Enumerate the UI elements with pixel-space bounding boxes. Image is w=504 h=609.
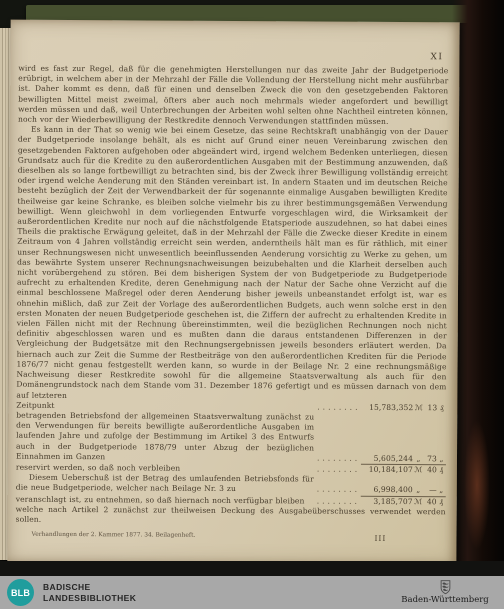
pfennig-symbol: ₰ [437,497,446,507]
dot-leader [317,464,358,474]
mark-symbol: ℳ [413,497,424,507]
amount-group-sum: 3,185,707 ℳ 40 ₰ [361,495,446,507]
ditto-symbol: „ [413,454,424,464]
page-footline: Verhandlungen der 2. Kammer 1877. 34. Be… [31,532,445,544]
pfennig-value: 73 [424,454,437,464]
page-text-block: wird es fast zur Regel, daß für die gene… [16,64,449,528]
library-footer-bar: BLB BADISCHE LANDESBIBLIOTHEK Baden-Würt… [0,576,504,609]
pfennig-symbol: ₰ [437,465,446,475]
amount-group: 15,783,352 ℳ 13 ₰ [361,402,446,413]
state-name: Baden-Württemberg [401,595,489,605]
mark-symbol: ℳ [413,465,424,475]
pfennig-symbol: ₰ [437,403,446,413]
dot-leader [317,485,358,495]
amount-value: 5,605,244 [361,454,413,465]
paragraph-main: Es kann in der That so wenig wie bei ein… [16,125,448,403]
library-name-line2: LANDESBIBLIOTHEK [43,593,136,604]
paragraph-continuation: wird es fast zur Regel, daß für die gene… [18,64,448,128]
amount-value: 15,783,352 [361,402,413,413]
printers-note: Verhandlungen der 2. Kammer 1877. 34. Be… [31,532,195,542]
page-number: XI [10,50,443,63]
coat-of-arms-icon [438,580,453,595]
pfennig-value: 40 [424,497,437,507]
dot-leader [317,453,358,463]
page-bottom-shadow [0,561,504,576]
blb-circle-icon: BLB [7,579,34,606]
pfennig-value: — [424,485,437,495]
ditto-symbol: „ [413,485,424,495]
closing-sentence: welche nach Artikel 2 zunächst zur theil… [16,504,446,527]
amount-group: 6,998,400 „ — „ [361,485,446,496]
dot-leader [317,496,358,506]
sheet-signature: III [195,533,445,544]
pfennig-value: 40 [424,465,437,475]
library-name: BADISCHE LANDESBIBLIOTHEK [43,582,136,603]
amount-value: 6,998,400 [361,485,413,496]
dot-leader [317,402,358,412]
blb-logo: BLB BADISCHE LANDESBIBLIOTHEK [7,579,136,606]
ditto-symbol: „ [437,454,446,464]
scan-viewer-page: XI wird es fast zur Regel, daß für die g… [0,0,504,609]
book-cover-highlight [464,420,490,550]
baden-wuerttemberg-logo: Baden-Württemberg [391,580,499,605]
library-name-line1: BADISCHE [43,582,136,593]
amount-group-sum: 10,184,107 ℳ 40 ₰ [361,464,446,476]
ditto-symbol: „ [437,486,446,496]
mark-symbol: ℳ [413,403,424,413]
financial-row: betragenden Betriebsfond der allgemeinen… [16,411,446,465]
financial-row: Diesem Ueberschuß ist der Betrag des uml… [16,473,446,496]
pfennig-value: 13 [424,403,437,413]
financial-label: Diesem Ueberschuß ist der Betrag des uml… [16,473,314,495]
amount-value: 10,184,107 [361,465,413,476]
scanned-page: XI wird es fast zur Regel, daß für die g… [7,20,459,566]
amount-value: 3,185,707 [361,496,413,507]
financial-label: betragenden Betriebsfond der allgemeinen… [16,411,314,464]
amount-group: 5,605,244 „ 73 „ [361,454,446,465]
